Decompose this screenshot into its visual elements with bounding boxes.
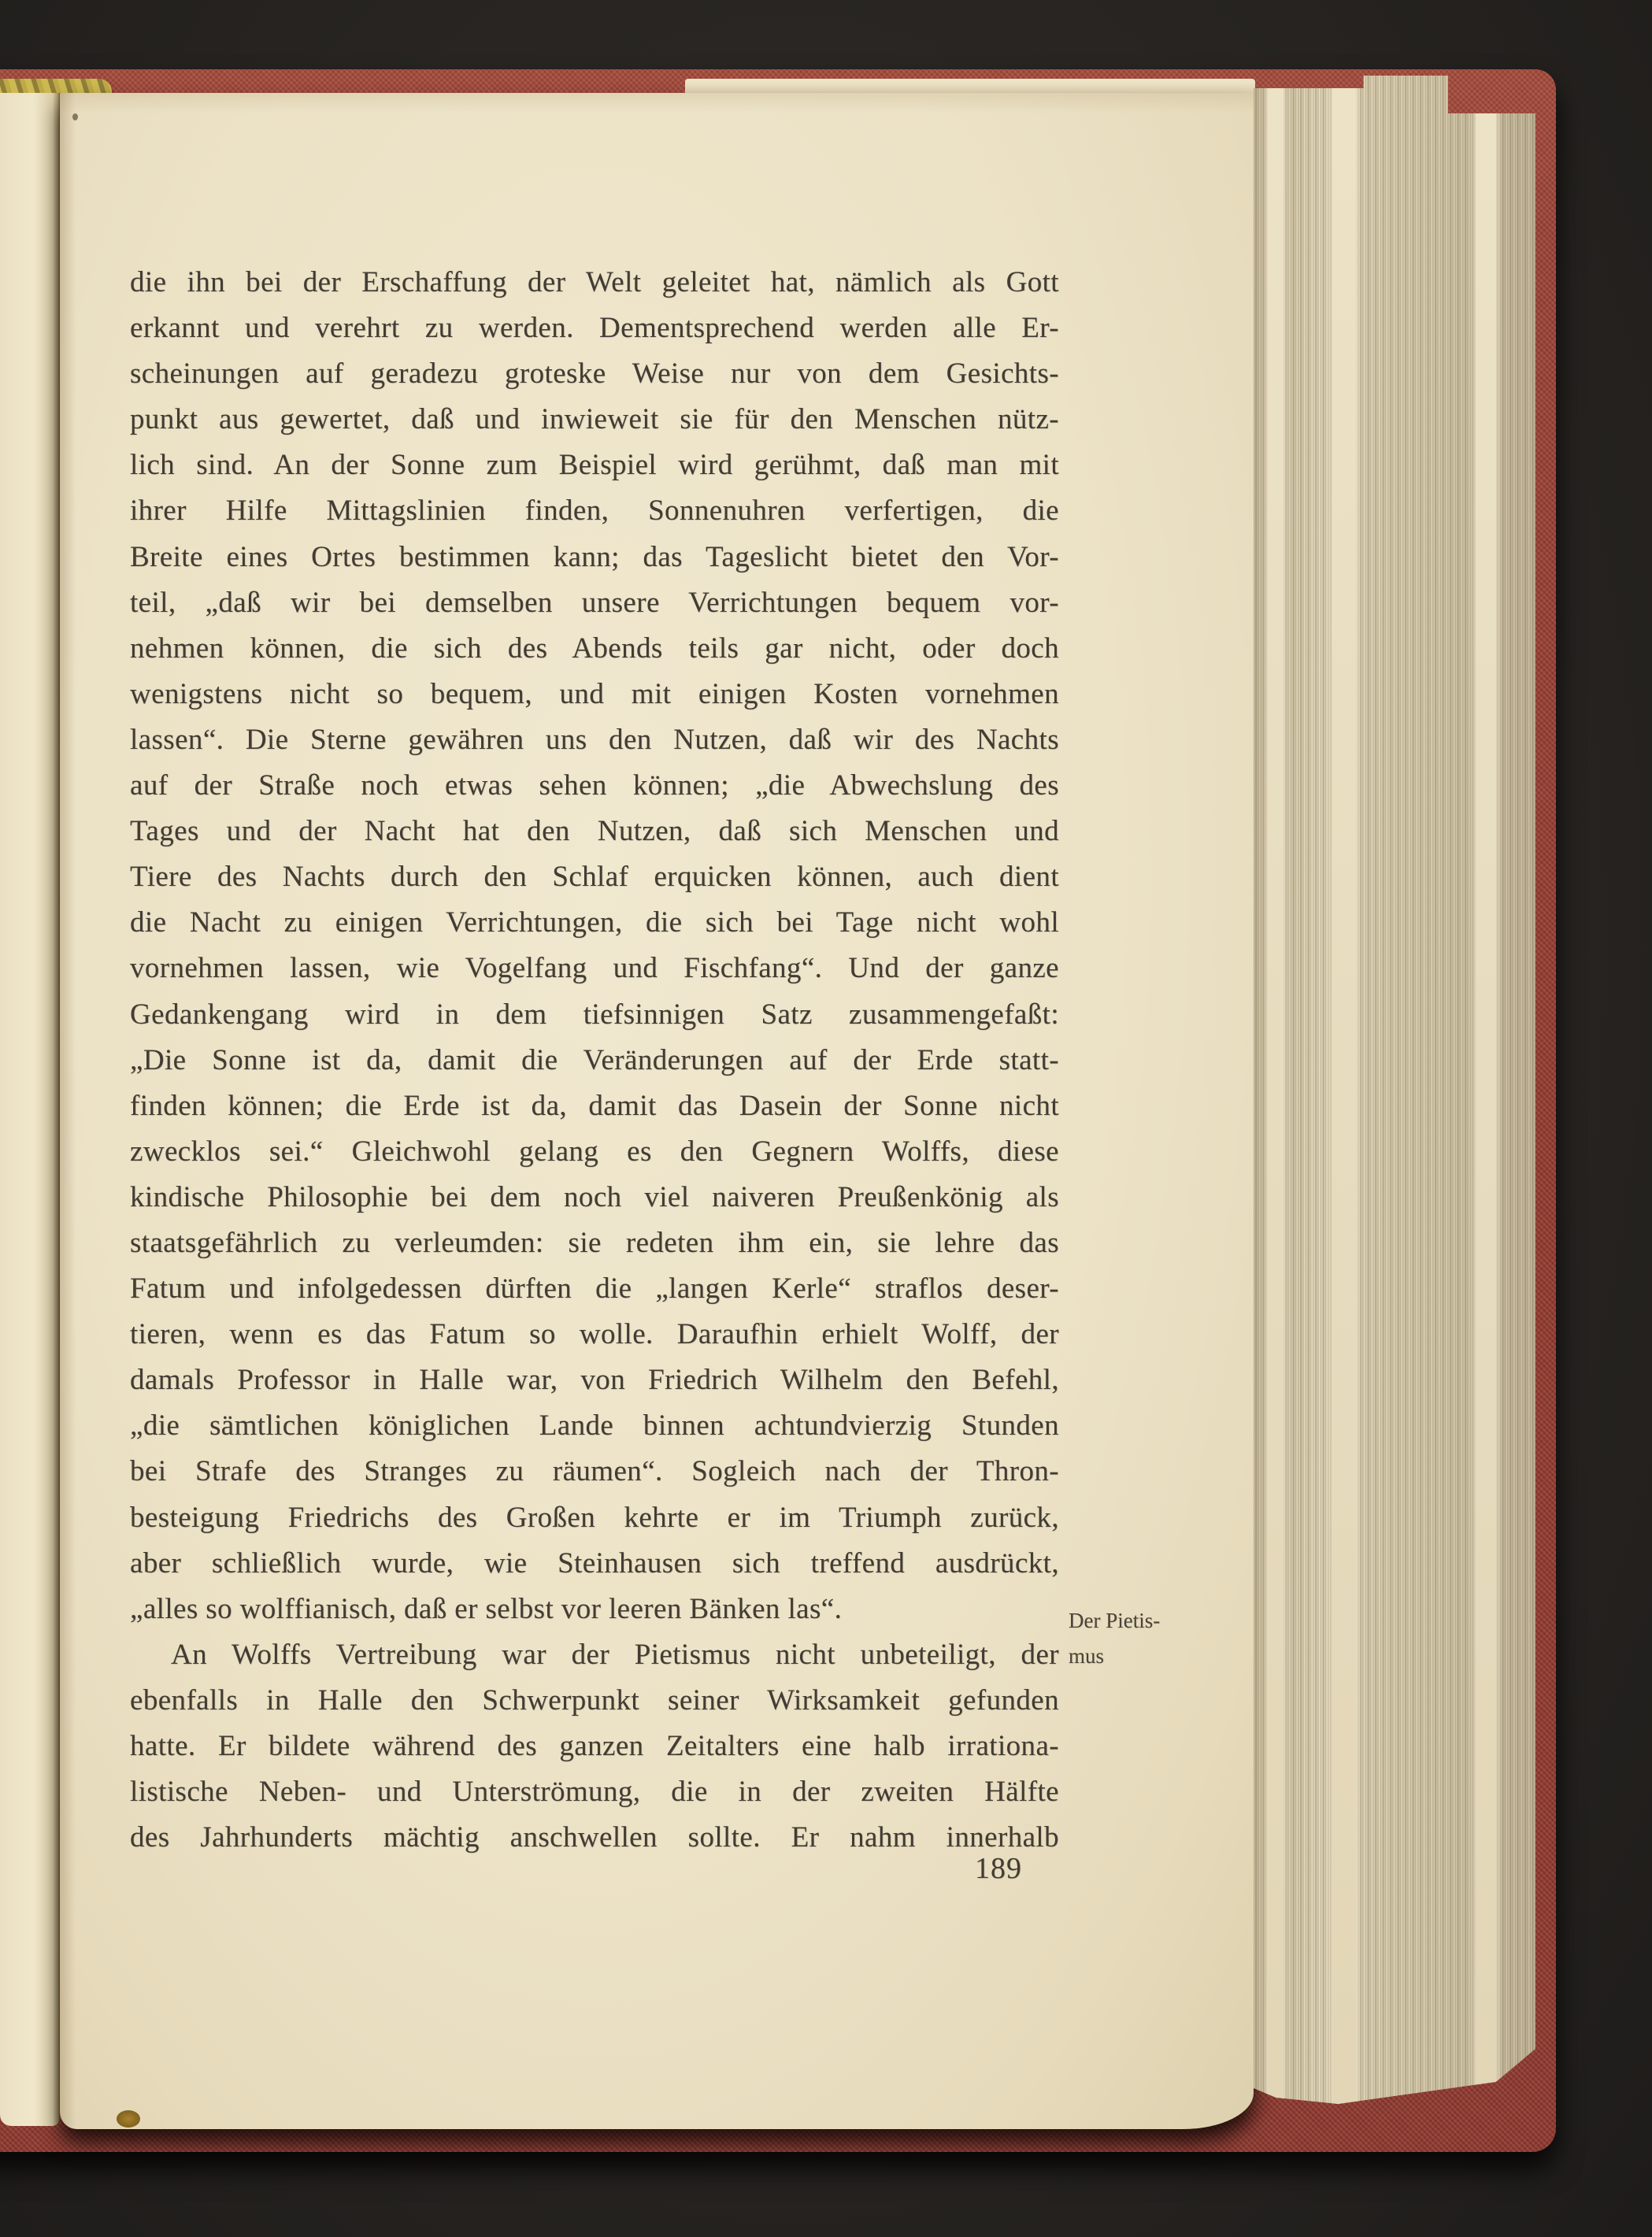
text-line: Tages und der Nacht hat den Nutzen, daß …	[130, 809, 1059, 854]
left-page-gutter-strip	[0, 93, 60, 2126]
fore-edge-step-band	[1476, 76, 1496, 2104]
text-line: finden können; die Erde ist da, damit da…	[130, 1083, 1059, 1129]
fore-edge-step-band	[1332, 76, 1356, 2104]
text-line: Gedankengang wird in dem tiefsinnigen Sa…	[130, 992, 1059, 1038]
text-line: Tiere des Nachts durch den Schlaf erquic…	[130, 854, 1059, 900]
text-line: „die sämtlichen königlichen Lande binnen…	[130, 1403, 1059, 1449]
paper-speck	[72, 113, 78, 120]
text-line: scheinungen auf geradezu groteske Weise …	[130, 351, 1059, 397]
text-line: „Die Sonne ist da, damit die Veränderung…	[130, 1038, 1059, 1083]
text-line: staatsgefährlich zu verleumden: sie rede…	[130, 1220, 1059, 1266]
text-line: erkannt und verehrt zu werden. Dementspr…	[130, 306, 1059, 351]
text-line: An Wolffs Vertreibung war der Pietismus …	[130, 1632, 1059, 1678]
text-line: „alles so wolffianisch, daß er selbst vo…	[130, 1587, 1059, 1632]
text-block: die ihn bei der Erschaffung der Welt gel…	[130, 260, 1059, 1861]
gutter-bottom-dot	[117, 2110, 140, 2128]
text-line: Fatum und infolgedessen dürften die „lan…	[130, 1266, 1059, 1312]
margin-note-line: Der Pietis-	[1069, 1603, 1234, 1639]
text-line: die Nacht zu einigen Verrichtungen, die …	[130, 900, 1059, 946]
text-line: vornehmen lassen, wie Vogelfang und Fisc…	[130, 946, 1059, 991]
photo-background: die ihn bei der Erschaffung der Welt gel…	[0, 0, 1652, 2237]
text-line: auf der Straße noch etwas sehen können; …	[130, 763, 1059, 809]
text-line: wenigstens nicht so bequem, und mit eini…	[130, 672, 1059, 717]
text-line: kindische Philosophie bei dem noch viel …	[130, 1175, 1059, 1220]
page-number: 189	[975, 1850, 1022, 1887]
margin-note-line: mus	[1069, 1639, 1234, 1674]
text-line: des Jahrhunderts mächtig anschwellen sol…	[130, 1815, 1059, 1861]
text-line: tieren, wenn es das Fatum so wolle. Dara…	[130, 1312, 1059, 1357]
text-line: ebenfalls in Halle den Schwerpunkt seine…	[130, 1678, 1059, 1724]
text-line: lich sind. An der Sonne zum Beispiel wir…	[130, 443, 1059, 488]
text-line: die ihn bei der Erschaffung der Welt gel…	[130, 260, 1059, 306]
text-line: damals Professor in Halle war, von Fried…	[130, 1357, 1059, 1403]
fore-edge-pages	[1254, 76, 1535, 2104]
text-line: listische Neben- und Unterströmung, die …	[130, 1769, 1059, 1815]
text-line: ihrer Hilfe Mittagslinien finden, Sonnen…	[130, 488, 1059, 534]
text-line: teil, „daß wir bei demselben unsere Verr…	[130, 580, 1059, 626]
text-line: zwecklos sei.“ Gleichwohl gelang es den …	[130, 1129, 1059, 1175]
text-line: bei Strafe des Stranges zu räumen“. Sogl…	[130, 1449, 1059, 1494]
text-line: punkt aus gewertet, daß und inwieweit si…	[130, 397, 1059, 443]
text-line: nehmen können, die sich des Abends teils…	[130, 626, 1059, 672]
text-line: lassen“. Die Sterne gewähren uns den Nut…	[130, 717, 1059, 763]
fore-edge-step-band	[1268, 76, 1283, 2104]
text-line: Breite eines Ortes bestimmen kann; das T…	[130, 535, 1059, 580]
text-line: besteigung Friedrichs des Großen kehrte …	[130, 1495, 1059, 1541]
text-line: hatte. Er bildete während des ganzen Zei…	[130, 1724, 1059, 1769]
text-line: aber schließlich wurde, wie Steinhausen …	[130, 1541, 1059, 1587]
margin-note: Der Pietis- mus	[1069, 1603, 1234, 1674]
